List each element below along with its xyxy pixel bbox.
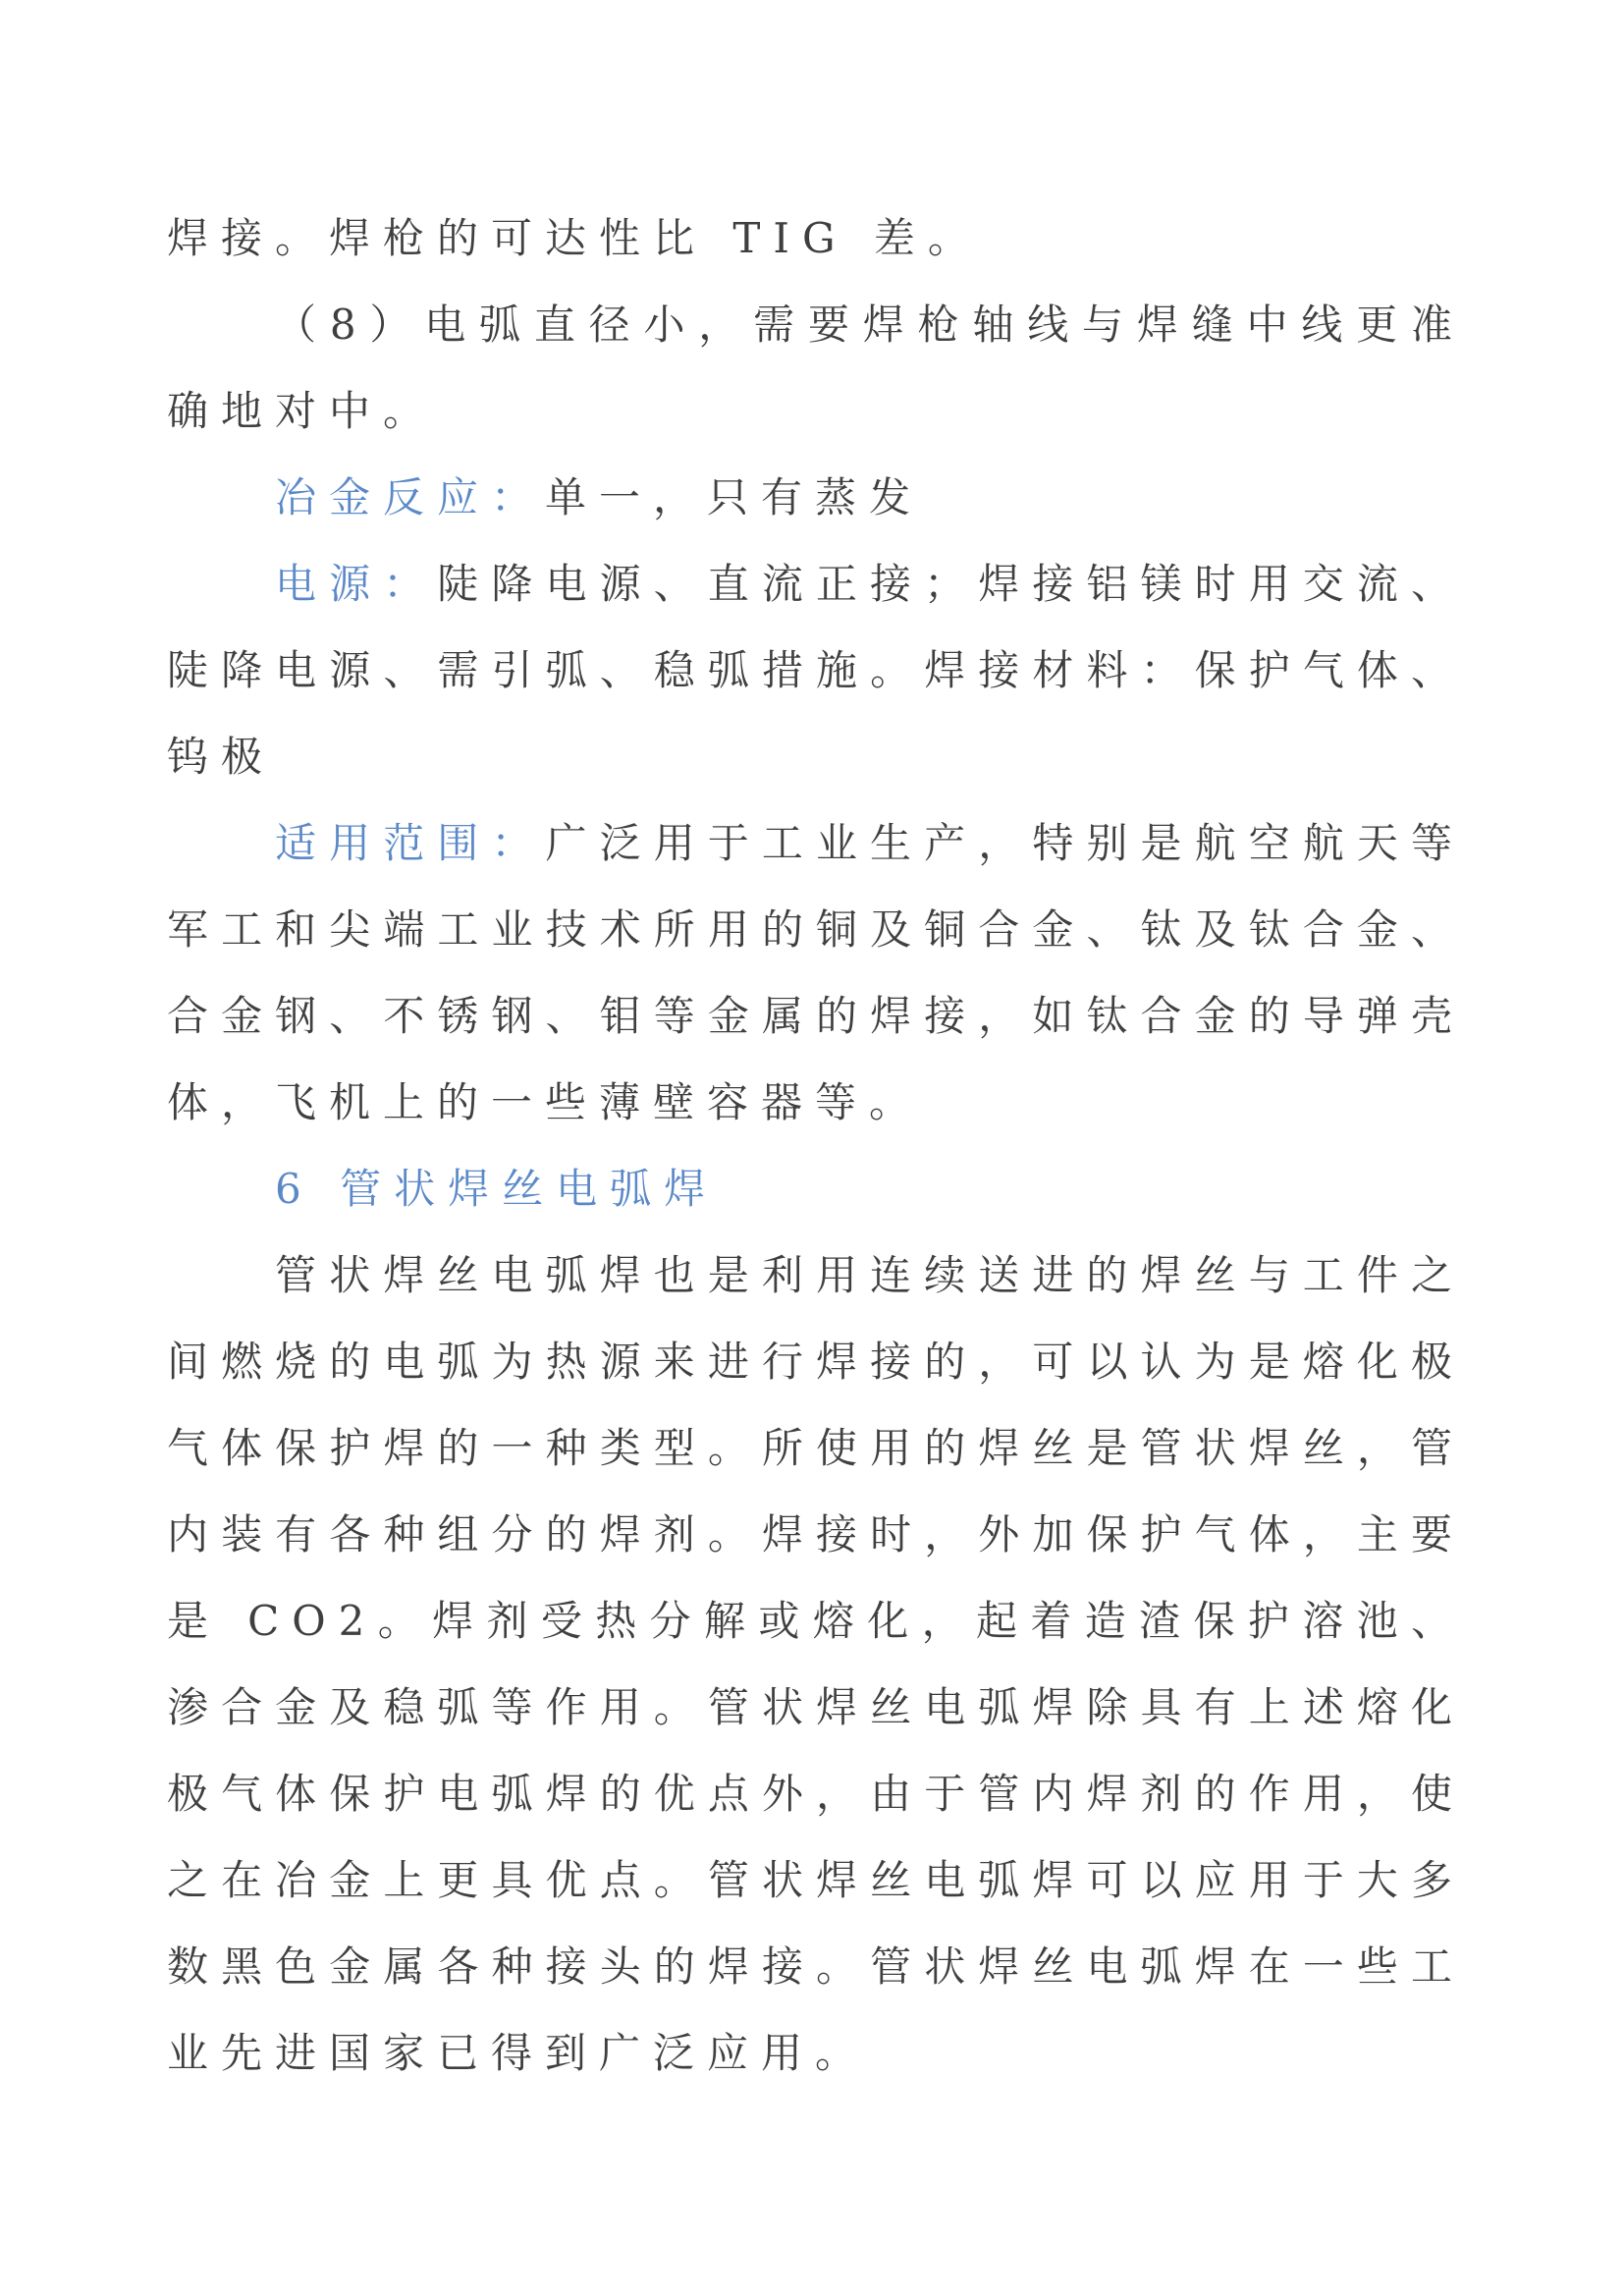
field-label: 适用范围： bbox=[275, 819, 545, 867]
paragraph: 管状焊丝电弧焊也是利用连续送进的焊丝与工件之间燃烧的电弧为热源来进行焊接的，可以… bbox=[167, 1232, 1465, 2097]
field-label: 冶金反应： bbox=[275, 473, 545, 521]
body-text: 焊接。焊枪的可达性比 TIG 差。 bbox=[167, 214, 982, 262]
field-label: 电源： bbox=[275, 560, 437, 608]
section-heading: 6 管状焊丝电弧焊 bbox=[167, 1146, 1465, 1232]
paragraph: 冶金反应：单一，只有蒸发 bbox=[167, 455, 1465, 541]
document-page: 焊接。焊枪的可达性比 TIG 差。（8）电弧直径小，需要焊枪轴线与焊缝中线更准确… bbox=[0, 0, 1623, 2296]
body-text: （8）电弧直径小，需要焊枪轴线与焊缝中线更准确地对中。 bbox=[167, 301, 1465, 435]
paragraph: 适用范围：广泛用于工业生产，特别是航空航天等军工和尖端工业技术所用的铜及铜合金、… bbox=[167, 800, 1465, 1146]
paragraph: （8）电弧直径小，需要焊枪轴线与焊缝中线更准确地对中。 bbox=[167, 282, 1465, 455]
paragraph: 电源：陡降电源、直流正接；焊接铝镁时用交流、陡降电源、需引弧、稳弧措施。焊接材料… bbox=[167, 541, 1465, 800]
paragraph: 焊接。焊枪的可达性比 TIG 差。 bbox=[167, 195, 1465, 282]
document-content: 焊接。焊枪的可达性比 TIG 差。（8）电弧直径小，需要焊枪轴线与焊缝中线更准确… bbox=[167, 195, 1465, 2097]
heading-text: 6 管状焊丝电弧焊 bbox=[275, 1165, 718, 1213]
body-text: 单一，只有蒸发 bbox=[545, 473, 923, 521]
body-text: 管状焊丝电弧焊也是利用连续送进的焊丝与工件之间燃烧的电弧为热源来进行焊接的，可以… bbox=[167, 1251, 1465, 2077]
